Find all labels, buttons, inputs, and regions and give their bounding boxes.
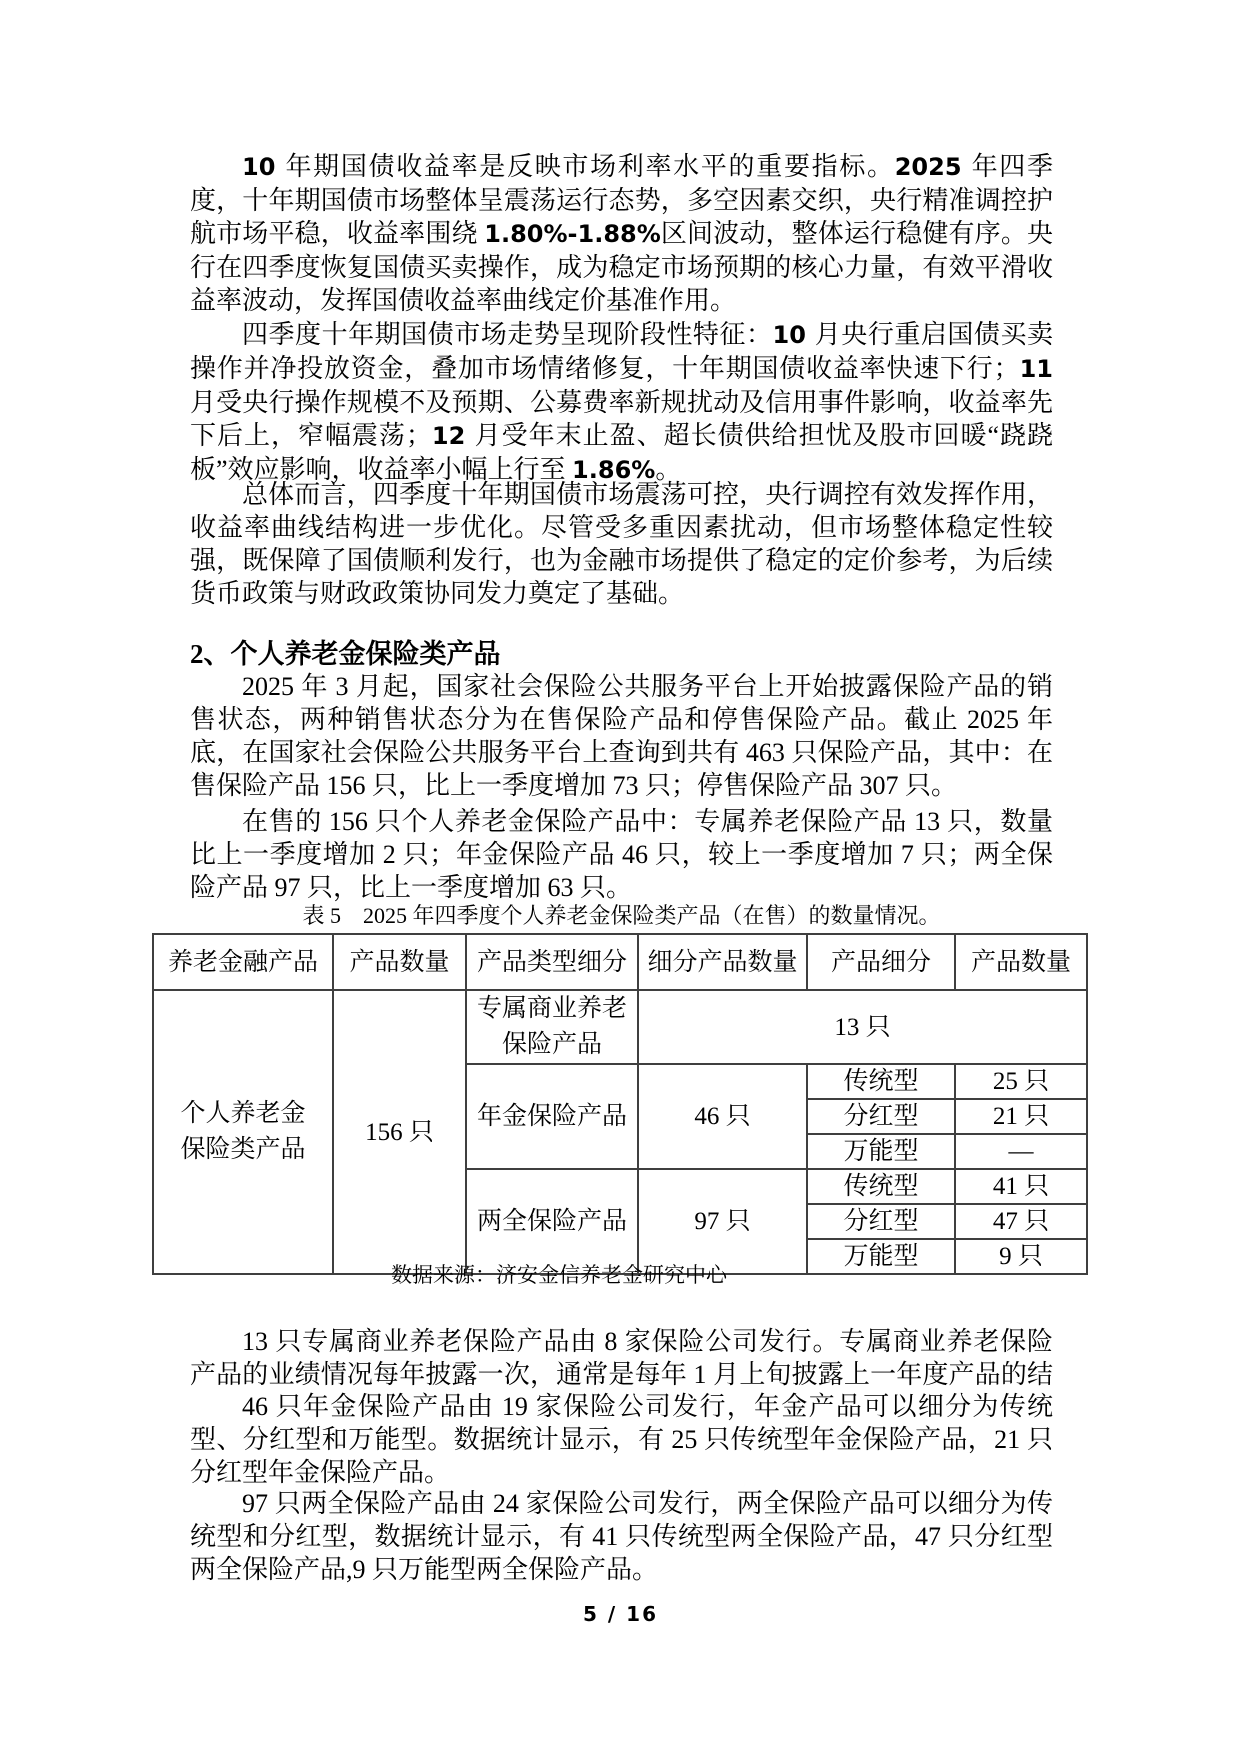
cell-category: 个人养老金保险类产品: [153, 990, 333, 1274]
cell-sub-universal-count: —: [955, 1134, 1087, 1169]
cell-sub-dividend: 分红型: [807, 1099, 955, 1134]
paragraph-bond-overview: 10 年期国债收益率是反映市场利率水平的重要指标。2025 年四季度，十年期国债…: [190, 150, 1053, 316]
table-row-exclusive-pension: 个人养老金保险类产品 156 只 专属商业养老保险产品 13 只: [153, 990, 1087, 1064]
cell-sub-universal: 万能型: [807, 1239, 955, 1274]
cell-type-endowment: 两全保险产品: [466, 1169, 638, 1274]
cell-sub-traditional: 传统型: [807, 1064, 955, 1099]
cell-count-exclusive-commercial: 13 只: [638, 990, 1087, 1064]
table-caption: 表 5 2025 年四季度个人养老金保险类产品（在售）的数量情况。: [190, 901, 1053, 931]
table-data-source: 数据来源：济安金信养老金研究中心: [391, 1261, 727, 1289]
paragraph-pension-platform-disclosure: 2025 年 3 月起，国家社会保险公共服务平台上开始披露保险产品的销售状态，两…: [190, 670, 1053, 804]
paragraph-exclusive-pension-detail: 13 只专属商业养老保险产品由 8 家保险公司发行。专属商业养老保险产品的业绩情…: [190, 1325, 1053, 1393]
cell-sub-traditional: 传统型: [807, 1169, 955, 1204]
cell-sub-traditional-count: 25 只: [955, 1064, 1087, 1099]
cell-sub-universal: 万能型: [807, 1134, 955, 1169]
header-product-type: 产品类型细分: [466, 934, 638, 990]
page-number: 5 / 16: [0, 1602, 1241, 1626]
pension-products-table: 养老金融产品 产品数量 产品类型细分 细分产品数量 产品细分 产品数量 个人养老…: [152, 933, 1088, 1275]
paragraph-bond-quarter-trend: 四季度十年期国债市场走势呈现阶段性特征：10 月央行重启国债买卖操作并净投放资金…: [190, 318, 1053, 484]
table-header-row: 养老金融产品 产品数量 产品类型细分 细分产品数量 产品细分 产品数量: [153, 934, 1087, 990]
paragraph-bond-summary: 总体而言，四季度十年期国债市场震荡可控，央行调控有效发挥作用，收益率曲线结构进一…: [190, 478, 1053, 612]
cell-sub-dividend-count: 47 只: [955, 1204, 1087, 1239]
section-heading-pension-insurance: 2、个人养老金保险类产品: [190, 634, 1053, 674]
cell-count-annuity: 46 只: [638, 1064, 807, 1169]
paragraph-pension-product-counts: 在售的 156 只个人养老金保险产品中：专属养老保险产品 13 只，数量比上一季…: [190, 805, 1053, 906]
header-product-subdivision: 产品细分: [807, 934, 955, 990]
cell-type-annuity: 年金保险产品: [466, 1064, 638, 1169]
paragraph-endowment-detail: 97 只两全保险产品由 24 家保险公司发行，两全保险产品可以细分为传统型和分红…: [190, 1487, 1053, 1588]
cell-type-exclusive-commercial: 专属商业养老保险产品: [466, 990, 638, 1064]
cell-sub-dividend-count: 21 只: [955, 1099, 1087, 1134]
cell-category-total: 156 只: [333, 990, 466, 1274]
header-pension-product: 养老金融产品: [153, 934, 333, 990]
cell-sub-dividend: 分红型: [807, 1204, 955, 1239]
header-subtype-count: 细分产品数量: [638, 934, 807, 990]
header-subdivision-count: 产品数量: [955, 934, 1087, 990]
document-page: 10 年期国债收益率是反映市场利率水平的重要指标。2025 年四季度，十年期国债…: [0, 0, 1241, 1755]
cell-sub-universal-count: 9 只: [955, 1239, 1087, 1274]
cell-sub-traditional-count: 41 只: [955, 1169, 1087, 1204]
paragraph-annuity-detail: 46 只年金保险产品由 19 家保险公司发行，年金产品可以细分为传统型、分红型和…: [190, 1390, 1053, 1491]
header-product-count: 产品数量: [333, 934, 466, 990]
cell-count-endowment: 97 只: [638, 1169, 807, 1274]
